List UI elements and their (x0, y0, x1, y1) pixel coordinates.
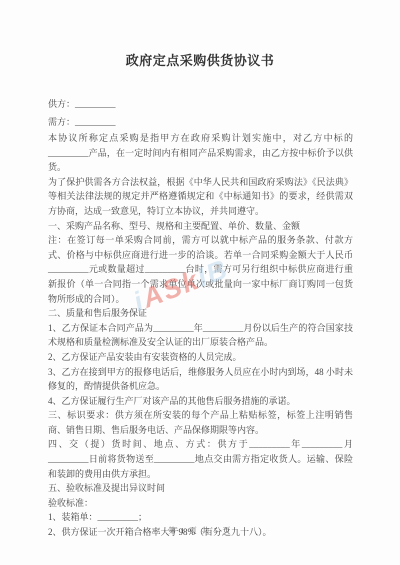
paragraph: 本协议所称定点采购是指甲方在政府采购计划实施中，对乙方中标的_________产… (48, 131, 353, 175)
paragraph: 验收标准： (48, 496, 353, 511)
paragraph: 3、乙方在接到甲方的报修电话后，维修服务人员应在小时内到场，48 小时未修复的，… (48, 365, 353, 394)
paragraph: 供方：_________ (48, 95, 353, 113)
document-title: 政府定点采购供货协议书 (0, 0, 400, 69)
document-body: 供方：_________需方：_________本协议所称定点采购是指甲方在政府… (48, 95, 353, 540)
paragraph: 1、乙方保证本合同产品为_________年_________月份以后生产的符合… (48, 321, 353, 350)
paragraph: 五、验收标准及提出异议时间 (48, 481, 353, 496)
paragraph: 4、乙方保证履行生产厂对该产品的其他售后服务措施的承诺。 (48, 394, 353, 409)
paragraph: 为了保护供需各方合法权益，根据《中华人民共和国政府采购法》《民法典》等相关法律法… (48, 175, 353, 219)
page-footer: 第 1 页 共 5 页 (0, 525, 400, 536)
paragraph: 一、采购产品名称、型号、规格和主要配置、单价、数量、金额 (48, 219, 353, 234)
paragraph: 四、交（提）货时间、地点、方式：供方于_________年_________月_… (48, 437, 353, 481)
paragraph: 需方：_________ (48, 113, 353, 131)
paragraph: 2、乙方保证产品安装由有安装资格的人员完成。 (48, 350, 353, 365)
paragraph: 注：在签订每一单采购合同前，需方可以就中标产品的服务条款、付款方式、价格与中标供… (48, 233, 353, 306)
paragraph: 二、质量和售后服务保证 (48, 306, 353, 321)
document-page: iASkIB 政府定点采购供货协议书 供方：_________需方：______… (0, 0, 400, 565)
paragraph: 三、标识要求：供方须在所安装的每个产品上粘贴标签，标签上注明销售商、销售日期、售… (48, 408, 353, 437)
paragraph: 1、装箱单：_________； (48, 510, 353, 525)
